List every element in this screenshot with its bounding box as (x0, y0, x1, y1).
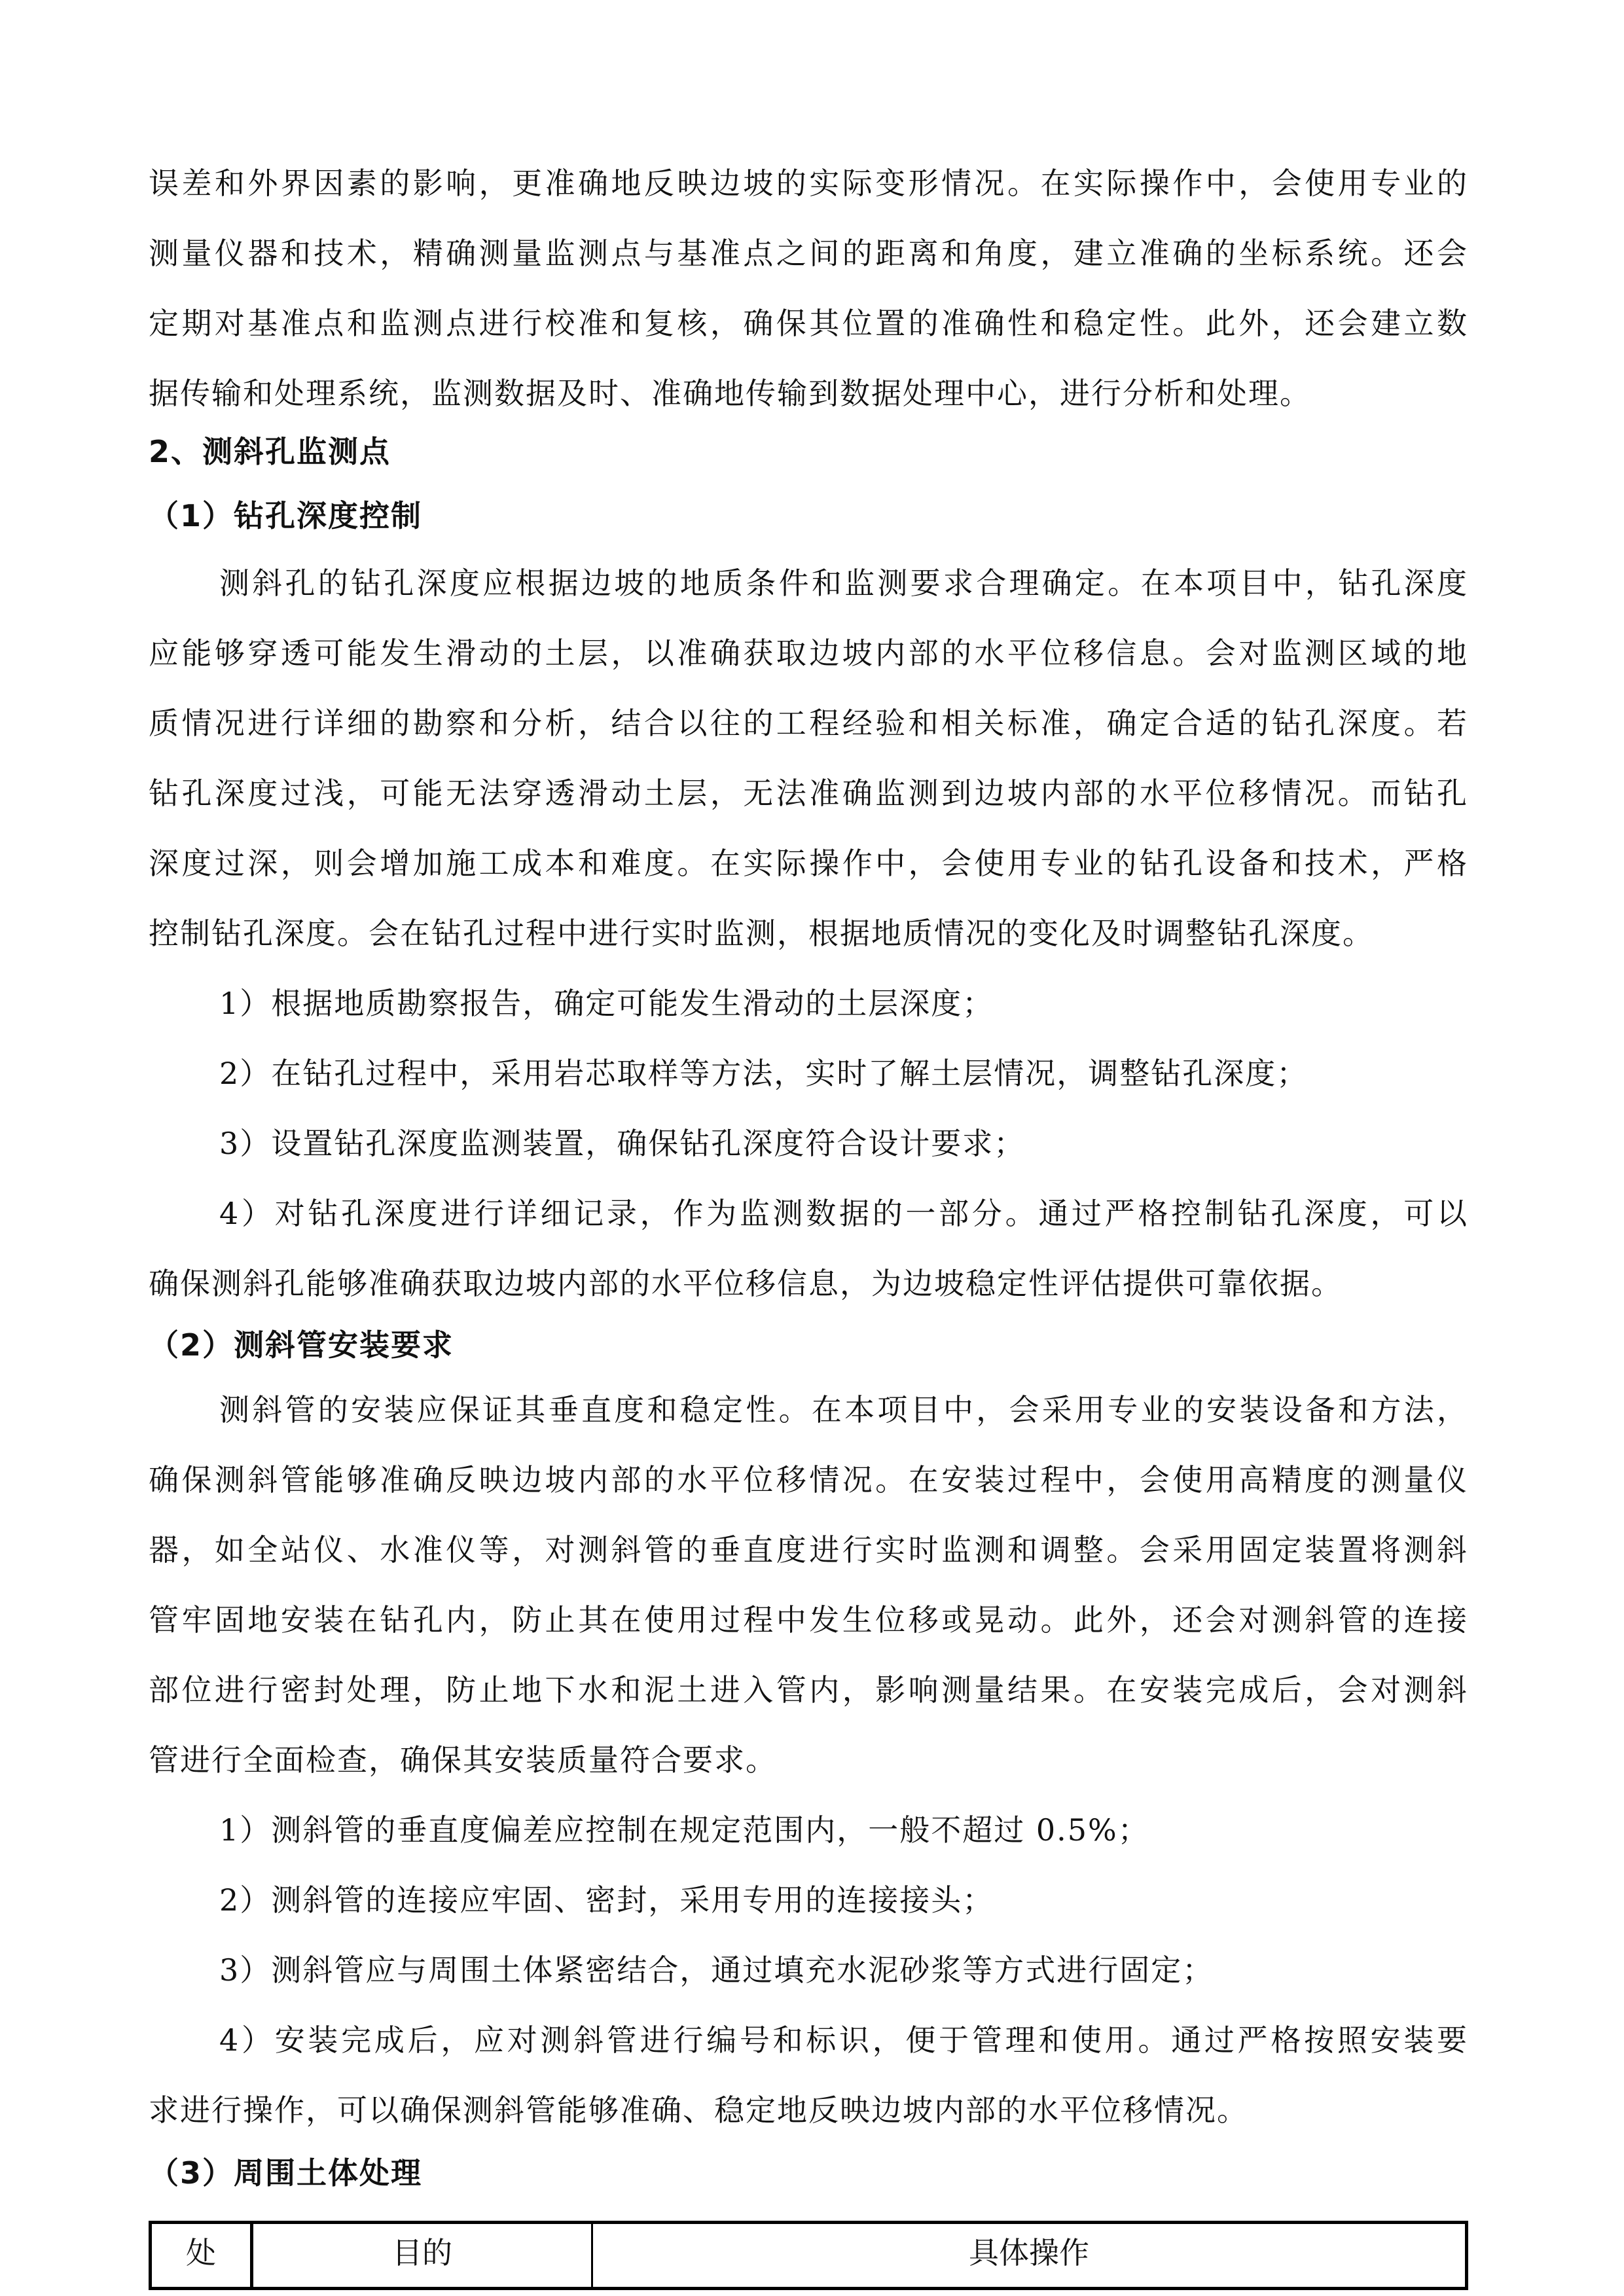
list-item: 1）根据地质勘察报告，确定可能发生滑动的土层深度； (219, 984, 994, 1023)
intro-line-3: 定期对基准点和监测点进行校准和复核，确保其位置的准确性和稳定性。此外，还会建立数 (149, 304, 1468, 343)
intro-line-2: 测量仪器和技术，精确测量监测点与基准点之间的距离和角度，建立准确的坐标系统。还会 (149, 234, 1468, 273)
list-item-continuation: 确保测斜孔能够准确获取边坡内部的水平位移信息，为边坡稳定性评估提供可靠依据。 (149, 1264, 1343, 1303)
intro-line-1: 误差和外界因素的影响，更准确地反映边坡的实际变形情况。在实际操作中，会使用专业的 (149, 164, 1468, 203)
list-item: 1）测斜管的垂直度偏差应控制在规定范围内，一般不超过 0.5%； (219, 1810, 1149, 1850)
list-item-continuation: 求进行操作，可以确保测斜管能够准确、稳定地反映边坡内部的水平位移情况。 (149, 2090, 1248, 2130)
paragraph-line: 器，如全站仪、水准仪等，对测斜管的垂直度进行实时监测和调整。会采用固定装置将测斜 (149, 1530, 1468, 1570)
list-item: 3）设置钻孔深度监测装置，确保钻孔深度符合设计要求； (219, 1124, 1025, 1163)
subsection-heading-2: （2）测斜管安装要求 (149, 1325, 454, 1365)
intro-line-4: 据传输和处理系统，监测数据及时、准确地传输到数据处理中心，进行分析和处理。 (149, 374, 1311, 413)
table-header-cell: 处 (151, 2223, 252, 2289)
paragraph-line: 钻孔深度过浅，可能无法穿透滑动土层，无法准确监测到边坡内部的水平位移情况。而钻孔 (149, 774, 1468, 813)
paragraph-line: 深度过深，则会增加施工成本和难度。在实际操作中，会使用专业的钻孔设备和技术，严格 (149, 844, 1468, 883)
table-header-cell: 目的 (252, 2223, 592, 2289)
soil-treatment-table: 处 目的 具体操作 (149, 2221, 1468, 2290)
paragraph-line: 管牢固地安装在钻孔内，防止其在使用过程中发生位移或晃动。此外，还会对测斜管的连接 (149, 1600, 1468, 1640)
subsection-heading-1: （1）钻孔深度控制 (149, 496, 422, 535)
paragraph-line: 应能够穿透可能发生滑动的土层，以准确获取边坡内部的水平位移信息。会对监测区域的地 (149, 634, 1468, 673)
list-item: 4）安装完成后，应对测斜管进行编号和标识，便于管理和使用。通过严格按照安装要 (219, 2020, 1468, 2060)
section-heading: 2、测斜孔监测点 (149, 432, 391, 471)
table-header-row: 处 目的 具体操作 (151, 2223, 1467, 2289)
paragraph-line: 测斜孔的钻孔深度应根据边坡的地质条件和监测要求合理确定。在本项目中，钻孔深度 (219, 564, 1468, 603)
list-item: 2）在钻孔过程中，采用岩芯取样等方法，实时了解土层情况，调整钻孔深度； (219, 1054, 1308, 1093)
paragraph-line: 管进行全面检查，确保其安装质量符合要求。 (149, 1740, 777, 1780)
table-header-cell: 具体操作 (592, 2223, 1467, 2289)
paragraph-line: 质情况进行详细的勘察和分析，结合以往的工程经验和相关标准，确定合适的钻孔深度。若 (149, 704, 1468, 743)
paragraph-line: 测斜管的安装应保证其垂直度和稳定性。在本项目中，会采用专业的安装设备和方法， (219, 1390, 1468, 1429)
list-item: 4）对钻孔深度进行详细记录，作为监测数据的一部分。通过严格控制钻孔深度，可以 (219, 1194, 1468, 1233)
paragraph-line: 部位进行密封处理，防止地下水和泥土进入管内，影响测量结果。在安装完成后，会对测斜 (149, 1670, 1468, 1710)
list-item: 3）测斜管应与周围土体紧密结合，通过填充水泥砂浆等方式进行固定； (219, 1950, 1214, 1990)
paragraph-line: 控制钻孔深度。会在钻孔过程中进行实时监测，根据地质情况的变化及时调整钻孔深度。 (149, 914, 1374, 953)
subsection-heading-3: （3）周围土体处理 (149, 2153, 422, 2193)
list-item: 2）测斜管的连接应牢固、密封，采用专用的连接接头； (219, 1880, 994, 1920)
paragraph-line: 确保测斜管能够准确反映边坡内部的水平位移情况。在安装过程中，会使用高精度的测量仪 (149, 1460, 1468, 1499)
